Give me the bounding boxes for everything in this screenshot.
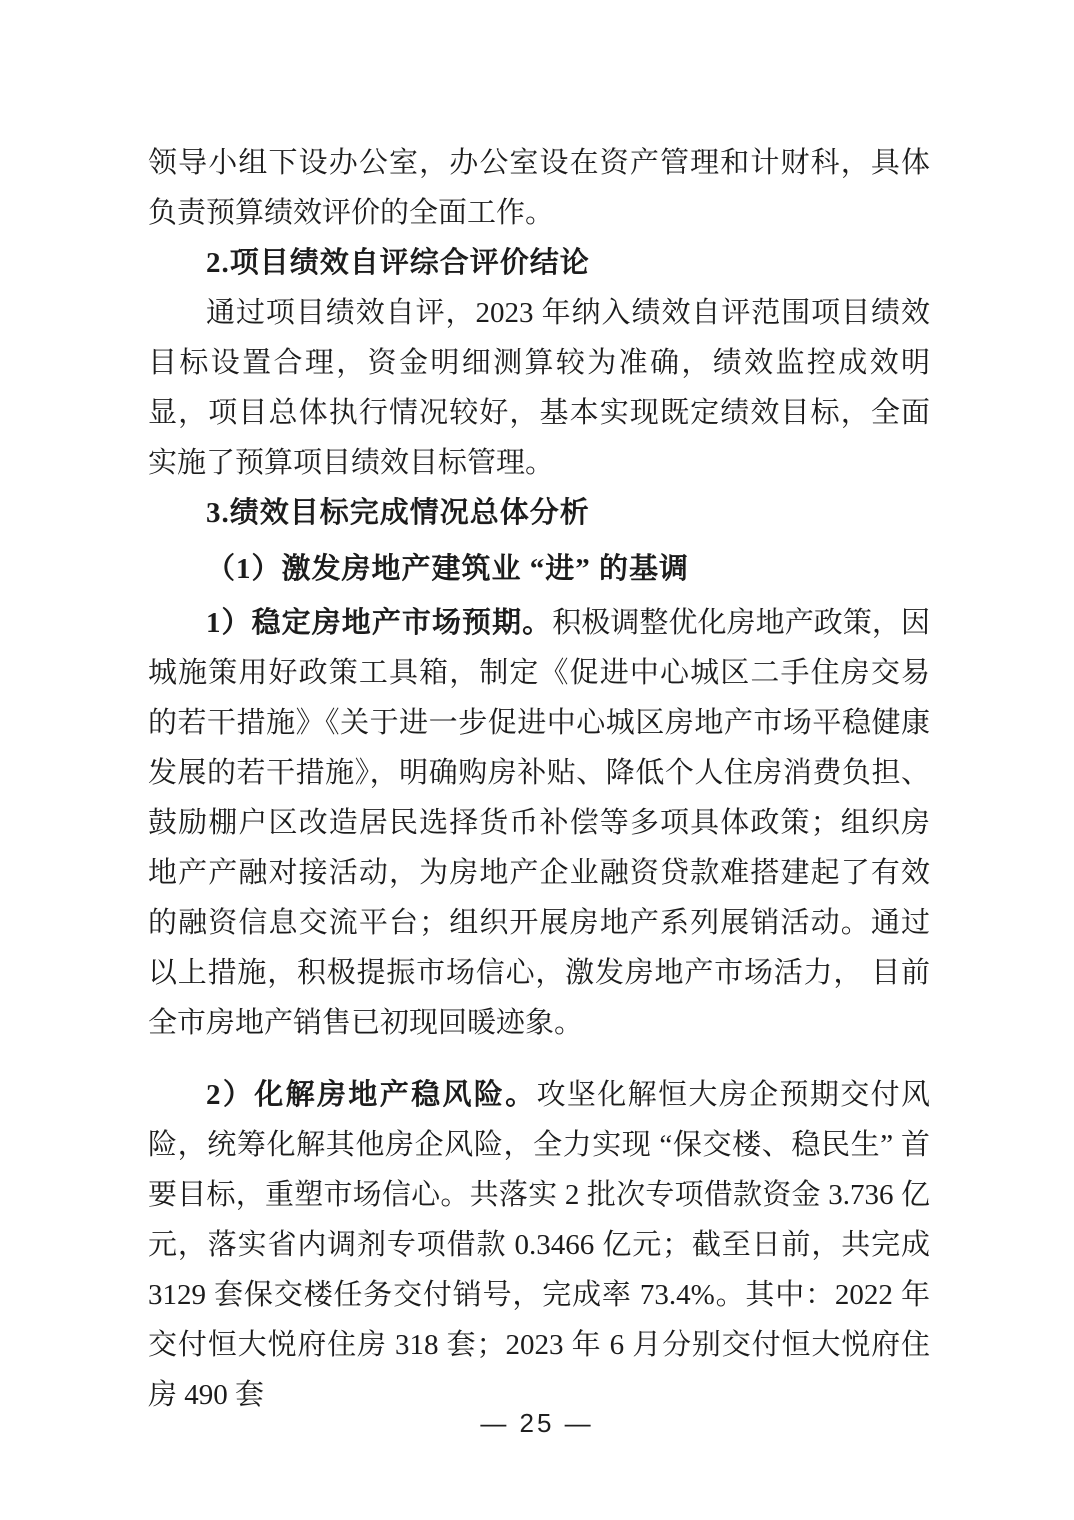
paragraph-resolve-risk: 2）化解房地产稳风险。攻坚化解恒大房企预期交付风险，统筹化解其他房企风险，全力实… [148,1070,930,1420]
heading-self-eval-conclusion: 2.项目绩效自评综合评价结论 [148,238,930,288]
paragraph-resolve-risk-body: 攻坚化解恒大房企预期交付风险，统筹化解其他房企风险，全力实现 “保交楼、稳民生”… [148,1079,930,1411]
paragraph-stabilize-market: 1）稳定房地产市场预期。积极调整优化房地产政策，因城施策用好政策工具箱，制定《促… [148,598,930,1048]
paragraph-self-eval-summary: 通过项目绩效自评，2023 年纳入绩效自评范围项目绩效目标设置合理，资金明细测算… [148,288,930,488]
document-page: 领导小组下设办公室，办公室设在资产管理和计财科，具体负责预算绩效评价的全面工作。… [0,0,1074,1520]
heading-goal-completion-analysis: 3.绩效目标完成情况总体分析 [148,488,930,538]
heading-section-stimulate-real-estate: （1）激发房地产建筑业 “进” 的基调 [148,544,930,594]
page-number: — 25 — [0,1408,1074,1439]
paragraph-continuation: 领导小组下设办公室，办公室设在资产管理和计财科，具体负责预算绩效评价的全面工作。 [148,138,930,238]
paragraph-resolve-risk-lead: 2）化解房地产稳风险。 [206,1079,537,1111]
paragraph-stabilize-lead: 1）稳定房地产市场预期。 [206,607,552,639]
paragraph-stabilize-body: 积极调整优化房地产政策，因城施策用好政策工具箱，制定《促进中心城区二手住房交易的… [148,607,930,1039]
